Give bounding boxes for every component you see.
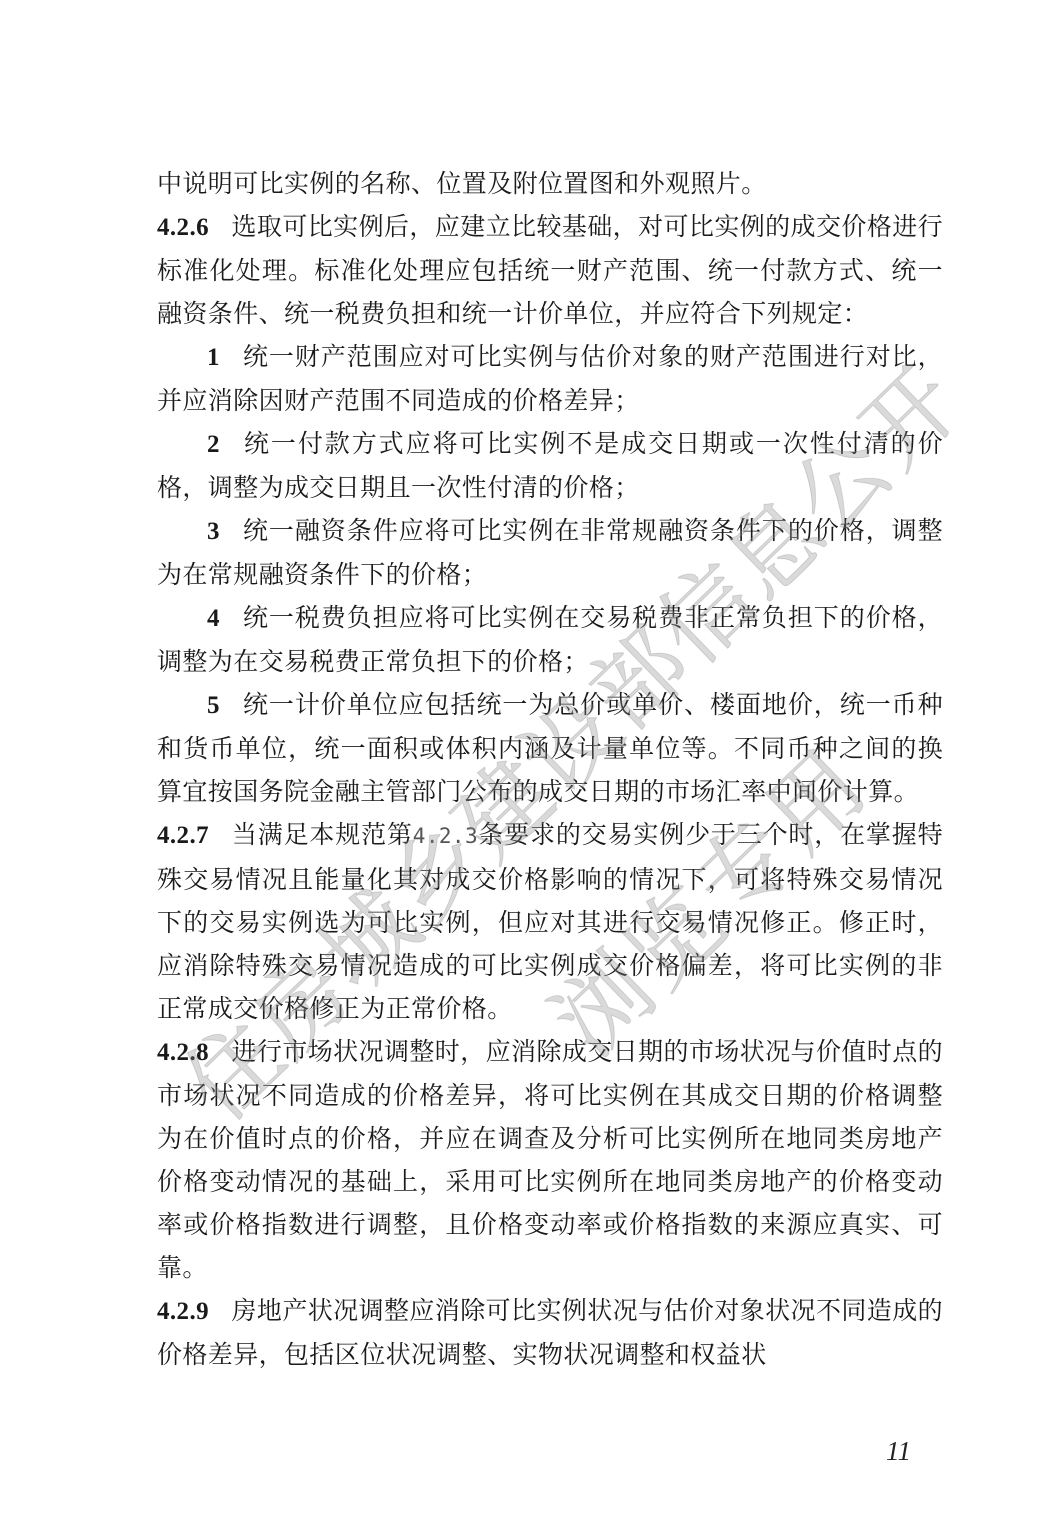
page-number: 11 (886, 1436, 911, 1467)
item-text: 统一融资条件应将可比实例在非常规融资条件下的价格，调整为在常规融资条件下的价格； (157, 516, 943, 589)
list-item-3: 3统一融资条件应将可比实例在非常规融资条件下的价格，调整为在常规融资条件下的价格… (157, 509, 943, 596)
clause-text: 当满足本规范第 (232, 820, 413, 849)
clause-text-cont: 条要求的交易实例少于三个时，在掌握特殊交易情况且能量化其对成交价格影响的情况下，… (157, 820, 943, 1023)
item-number: 2 (207, 431, 220, 458)
list-item-1: 1统一财产范围应对可比实例与估价对象的财产范围进行对比，并应消除因财产范围不同造… (157, 335, 943, 422)
item-text: 统一付款方式应将可比实例不是成交日期或一次性付清的价格，调整为成交日期且一次性付… (157, 429, 943, 502)
clause-4-2-9: 4.2.9房地产状况调整应消除可比实例状况与估价对象状况不同造成的价格差异，包括… (157, 1289, 943, 1376)
clause-text: 进行市场状况调整时，应消除成交日期的市场状况与价值时点的市场状况不同造成的价格差… (157, 1037, 943, 1282)
item-number: 5 (207, 692, 220, 719)
clause-number: 4.2.6 (157, 214, 209, 241)
list-item-5: 5统一计价单位应包括统一为总价或单价、楼面地价，统一币种和货币单位，统一面积或体… (157, 683, 943, 813)
list-item-2: 2统一付款方式应将可比实例不是成交日期或一次性付清的价格，调整为成交日期且一次性… (157, 422, 943, 509)
clause-4-2-8: 4.2.8进行市场状况调整时，应消除成交日期的市场状况与价值时点的市场状况不同造… (157, 1030, 943, 1289)
item-text: 统一税费负担应将可比实例在交易税费非正常负担下的价格，调整为在交易税费正常负担下… (157, 603, 943, 676)
item-text: 统一计价单位应包括统一为总价或单价、楼面地价，统一币种和货币单位，统一面积或体积… (157, 690, 943, 806)
clause-number: 4.2.7 (157, 822, 209, 849)
item-number: 1 (207, 344, 220, 371)
clause-4-2-6: 4.2.6选取可比实例后，应建立比较基础，对可比实例的成交价格进行标准化处理。标… (157, 205, 943, 335)
clause-number: 4.2.8 (157, 1039, 209, 1066)
continuation-paragraph: 中说明可比实例的名称、位置及附位置图和外观照片。 (157, 162, 943, 205)
document-page: 中说明可比实例的名称、位置及附位置图和外观照片。 4.2.6选取可比实例后，应建… (0, 0, 1058, 1533)
clause-text: 房地产状况调整应消除可比实例状况与估价对象状况不同造成的价格差异，包括区位状况调… (157, 1296, 943, 1369)
clause-text: 选取可比实例后，应建立比较基础，对可比实例的成交价格进行标准化处理。标准化处理应… (157, 212, 943, 328)
clause-reference: 4.2.3 (413, 824, 478, 848)
item-text: 统一财产范围应对可比实例与估价对象的财产范围进行对比，并应消除因财产范围不同造成… (157, 342, 943, 415)
body-text: 中说明可比实例的名称、位置及附位置图和外观照片。 4.2.6选取可比实例后，应建… (157, 162, 943, 1376)
item-number: 3 (207, 518, 220, 545)
clause-number: 4.2.9 (157, 1298, 209, 1325)
clause-4-2-7: 4.2.7当满足本规范第4.2.3条要求的交易实例少于三个时，在掌握特殊交易情况… (157, 813, 943, 1030)
item-number: 4 (207, 605, 220, 632)
list-item-4: 4统一税费负担应将可比实例在交易税费非正常负担下的价格，调整为在交易税费正常负担… (157, 596, 943, 683)
